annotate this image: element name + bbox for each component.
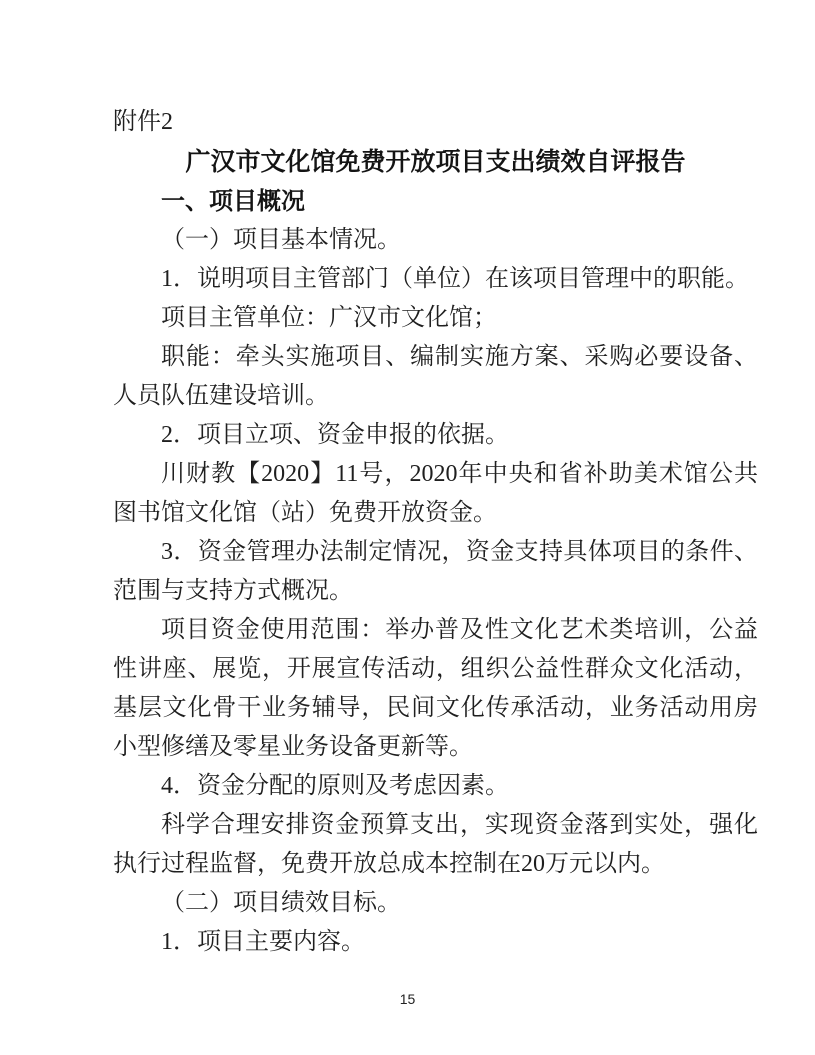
page-number: 15 xyxy=(400,991,416,1007)
body-paragraph: 1．说明项目主管部门（单位）在该项目管理中的职能。 xyxy=(113,260,758,299)
body-paragraph: 4．资金分配的原则及考虑因素。 xyxy=(113,767,758,806)
body-paragraph: 川财教【2020】11号，2020年中央和省补助美术馆公共图书馆文化馆（站）免费… xyxy=(113,455,758,533)
body-paragraph: 项目资金使用范围：举办普及性文化艺术类培训，公益性讲座、展览，开展宣传活动，组织… xyxy=(113,611,758,767)
page-footer: 15 xyxy=(0,991,815,1009)
body-paragraph: 3．资金管理办法制定情况，资金支持具体项目的条件、范围与支持方式概况。 xyxy=(113,533,758,611)
document-page: 附件2 广汉市文化馆免费开放项目支出绩效自评报告 一、项目概况（一）项目基本情况… xyxy=(0,0,815,1055)
attachment-label: 附件2 xyxy=(113,103,758,142)
body-paragraph: 职能：牵头实施项目、编制实施方案、采购必要设备、人员队伍建设培训。 xyxy=(113,338,758,416)
body-paragraph: 1．项目主要内容。 xyxy=(113,923,758,962)
page-title: 广汉市文化馆免费开放项目支出绩效自评报告 xyxy=(113,142,758,182)
document-body: 一、项目概况（一）项目基本情况。1．说明项目主管部门（单位）在该项目管理中的职能… xyxy=(113,182,758,962)
body-paragraph: （二）项目绩效目标。 xyxy=(113,884,758,923)
body-paragraph: 项目主管单位：广汉市文化馆； xyxy=(113,299,758,338)
body-paragraph: 2．项目立项、资金申报的依据。 xyxy=(113,416,758,455)
body-paragraph: 科学合理安排资金预算支出，实现资金落到实处，强化执行过程监督，免费开放总成本控制… xyxy=(113,806,758,884)
section-heading: 一、项目概况 xyxy=(113,182,758,221)
body-paragraph: （一）项目基本情况。 xyxy=(113,221,758,260)
